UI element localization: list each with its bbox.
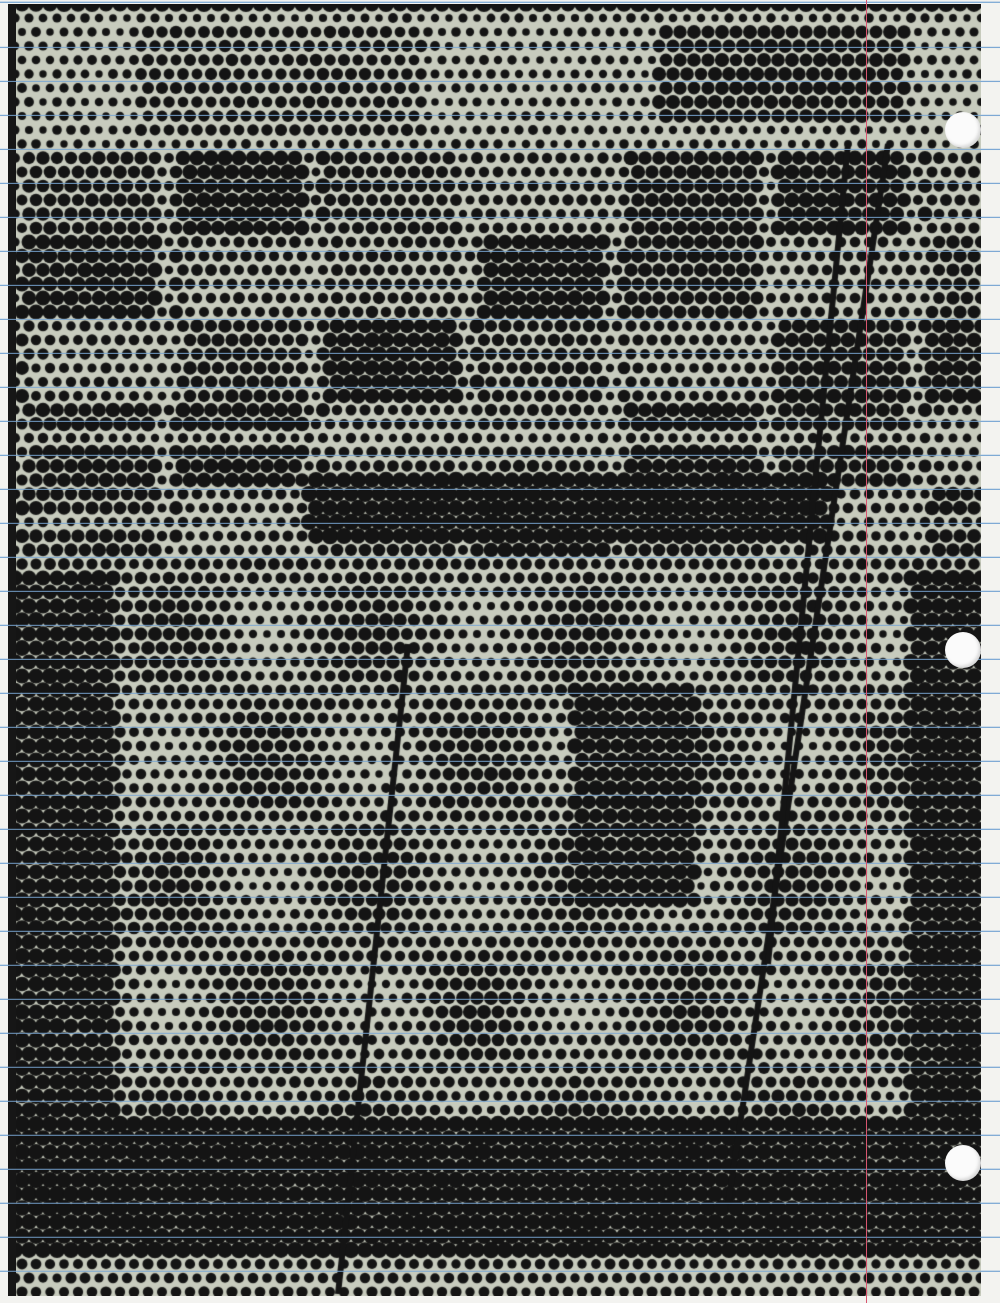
halftone-image (8, 4, 981, 1296)
punch-hole (945, 1145, 981, 1181)
punch-hole (945, 632, 981, 668)
halftone-print (8, 4, 981, 1296)
margin-line (866, 0, 867, 1303)
punch-hole (945, 112, 981, 148)
print-border (8, 4, 16, 1296)
